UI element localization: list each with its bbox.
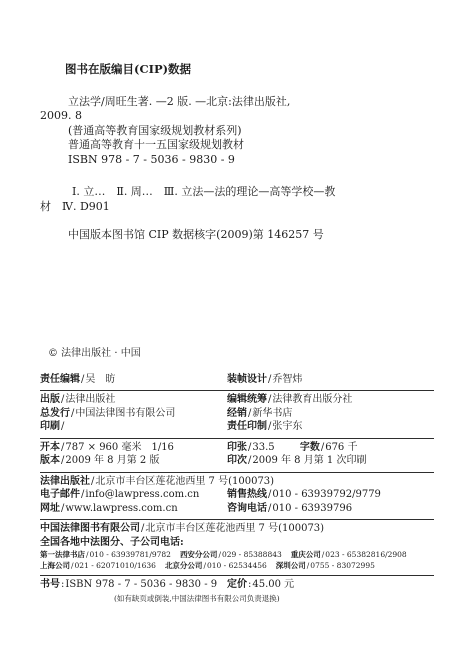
field-label: 上海公司 xyxy=(40,561,70,570)
field-value: 吴 昉 xyxy=(85,374,115,385)
email-row: 电子邮件/info@lawpress.com.cn 销售热线/010 - 639… xyxy=(40,489,434,502)
colophon-block: © 法律出版社 · 中国 责任编辑/吴 昉 装帧设计/乔智炜 出版/法律出版社 … xyxy=(40,348,434,605)
cip-classification-line1: Ⅰ. 立… Ⅱ. 周… Ⅲ. 立法—法的理论—高等学校—教 xyxy=(72,185,434,200)
company-address-row: 中国法律图书有限公司/北京市丰台区莲花池西里 7 号(100073) xyxy=(40,523,434,536)
field-label: 西安分公司 xyxy=(180,550,218,559)
field-value: 010 - 62534456 xyxy=(207,561,267,570)
field-value: 021 - 62071010/1636 xyxy=(75,561,156,570)
cip-record-number: 中国版本图书馆 CIP 数据核字(2009)第 146257 号 xyxy=(68,228,434,243)
field-label: 印刷 xyxy=(40,421,60,432)
editing-coordinator-field: 编辑统筹/法律教育出版分社 xyxy=(227,394,434,407)
field-value: 2009 年 8 月第 1 次印刷 xyxy=(252,455,366,466)
cip-series-note: (普通高等教育国家级规划教材系列) xyxy=(68,124,434,139)
field-value: 010 - 63939792/9779 xyxy=(272,489,381,500)
edition-field: 版本/2009 年 8 月第 2 版 xyxy=(40,455,227,468)
field-label: 开本 xyxy=(40,442,60,453)
inquiry-phone-field: 咨询电话/010 - 63939796 xyxy=(227,503,434,516)
field-value: 北京市丰台区莲花池西里 7 号(100073) xyxy=(95,476,274,487)
field-value: 029 - 85388843 xyxy=(222,550,282,559)
website-row: 网址/www.lawpress.com.cn 咨询电话/010 - 639397… xyxy=(40,503,434,516)
responsible-editor: 责任编辑/吴 昉 xyxy=(40,374,227,387)
press-address-field: 法律出版社/北京市丰台区莲花池西里 7 号(100073) xyxy=(40,476,274,489)
field-value: 新华书店 xyxy=(252,408,292,419)
field-value: 023 - 65382816/2908 xyxy=(325,550,406,559)
field-value: 0755 - 83072995 xyxy=(310,561,375,570)
cip-block: 图书在版编目(CIP)数据 立法学/周旺生著. —2 版. —北京:法律出版社,… xyxy=(40,62,434,243)
field-label: 编辑统筹 xyxy=(227,394,267,405)
seller-field: 经销/新华书店 xyxy=(227,408,434,421)
cip-entry-line2: 2009. 8 xyxy=(40,109,434,124)
xian-branch-field: 西安分公司/029 - 85388843 xyxy=(180,549,282,560)
field-label: 深圳公司 xyxy=(276,561,306,570)
field-label: 网址 xyxy=(40,503,60,514)
field-label: 咨询电话 xyxy=(227,503,267,514)
spacer xyxy=(40,214,434,228)
cover-designer: 装帧设计/乔智炜 xyxy=(227,374,434,387)
divider xyxy=(40,519,434,520)
divider xyxy=(40,390,434,391)
shanghai-company-field: 上海公司/021 - 62071010/1636 xyxy=(40,560,156,571)
branch-phone-row: 第一法律书店/010 - 63939781/9782 西安分公司/029 - 8… xyxy=(40,549,434,560)
field-value: 787 × 960 毫米 1/16 xyxy=(65,442,174,453)
print-supervisor-field: 责任印制/张宇东 xyxy=(227,421,434,434)
divider xyxy=(40,438,434,439)
field-value: 010 - 63939781/9782 xyxy=(90,550,171,559)
field-value: 45.00 元 xyxy=(252,579,294,590)
cip-series-line: 普通高等教育十一五国家级规划教材 xyxy=(68,138,434,153)
word-count-field: 字数/676 千 xyxy=(300,442,358,453)
copyright-line: © 法律出版社 · 中国 xyxy=(48,348,434,361)
divider xyxy=(40,472,434,473)
editor-row: 责任编辑/吴 昉 装帧设计/乔智炜 xyxy=(40,374,434,387)
cip-entry-line1: 立法学/周旺生著. —2 版. —北京:法律出版社, xyxy=(68,95,434,110)
printer-row: 印刷/ 责任印制/张宇东 xyxy=(40,421,434,434)
field-label: 法律出版社 xyxy=(40,476,90,487)
field-value: 法律出版社 xyxy=(65,394,115,405)
publisher-row: 出版/法律出版社 编辑统筹/法律教育出版分社 xyxy=(40,394,434,407)
trim-size-field: 开本/787 × 960 毫米 1/16 xyxy=(40,442,227,455)
field-label: 版本 xyxy=(40,455,60,466)
printed-sheets-field: 印张/33.5 xyxy=(227,442,275,453)
branch-phone-row: 上海公司/021 - 62071010/1636 北京分公司/010 - 625… xyxy=(40,560,434,571)
field-value: ISBN 978 - 7 - 5036 - 9830 - 9 xyxy=(65,579,217,590)
field-label: 出版 xyxy=(40,394,60,405)
shenzhen-company-field: 深圳公司/0755 - 83072995 xyxy=(276,560,375,571)
field-label: 北京分公司 xyxy=(165,561,203,570)
spacer xyxy=(40,167,434,185)
branch-phones-header: 全国各地中法图分、子公司电话: xyxy=(40,537,434,550)
field-label: 重庆公司 xyxy=(291,550,321,559)
field-value: info@lawpress.com.cn xyxy=(85,489,199,500)
field-value: 张宇东 xyxy=(272,421,302,432)
field-label: 责任印制 xyxy=(227,421,267,432)
cip-isbn: ISBN 978 - 7 - 5036 - 9830 - 9 xyxy=(68,153,434,168)
price-field: 定价:45.00 元 xyxy=(227,579,434,592)
field-value: 010 - 63939796 xyxy=(272,503,352,514)
email-field: 电子邮件/info@lawpress.com.cn xyxy=(40,489,227,502)
field-value: 北京市丰台区莲花池西里 7 号(100073) xyxy=(145,523,324,534)
field-label: 电子邮件 xyxy=(40,489,80,500)
book-copyright-page: 图书在版编目(CIP)数据 立法学/周旺生著. —2 版. —北京:法律出版社,… xyxy=(0,0,468,648)
cip-header: 图书在版编目(CIP)数据 xyxy=(65,62,434,77)
field-value: 2009 年 8 月第 2 版 xyxy=(65,455,159,466)
chongqing-company-field: 重庆公司/023 - 65382816/2908 xyxy=(291,549,407,560)
book-number-field: 书号:ISBN 978 - 7 - 5036 - 9830 - 9 xyxy=(40,579,227,592)
printer-field: 印刷/ xyxy=(40,421,227,434)
format-row: 开本/787 × 960 毫米 1/16 印张/33.5 字数/676 千 xyxy=(40,442,434,455)
company-address-field: 中国法律图书有限公司/北京市丰台区莲花池西里 7 号(100073) xyxy=(40,523,324,536)
beijing-branch-field: 北京分公司/010 - 62534456 xyxy=(165,560,267,571)
field-label: 书号 xyxy=(40,579,60,590)
field-label: 责任编辑 xyxy=(40,374,80,385)
book-number-price-row: 书号:ISBN 978 - 7 - 5036 - 9830 - 9 定价:45.… xyxy=(40,579,434,592)
edition-row: 版本/2009 年 8 月第 2 版 印次/2009 年 8 月第 1 次印刷 xyxy=(40,455,434,468)
sheets-wordcount-fields: 印张/33.5 字数/676 千 xyxy=(227,442,434,455)
field-label: 第一法律书店 xyxy=(40,550,85,559)
field-label: 总发行 xyxy=(40,408,70,419)
field-label: 销售热线 xyxy=(227,489,267,500)
press-address-row: 法律出版社/北京市丰台区莲花池西里 7 号(100073) xyxy=(40,476,434,489)
publisher-field: 出版/法律出版社 xyxy=(40,394,227,407)
cip-classification-line2: 材 Ⅳ. D901 xyxy=(40,200,434,215)
field-label: 装帧设计 xyxy=(227,374,267,385)
field-label: 字数 xyxy=(300,442,320,453)
field-value: 676 千 xyxy=(325,442,357,453)
field-value: www.lawpress.com.cn xyxy=(65,503,177,514)
replacement-note: (如有缺页或倒装,中国法律图书有限公司负责退换) xyxy=(114,593,434,606)
field-value: 法律教育出版分社 xyxy=(272,394,352,405)
field-value: 33.5 xyxy=(252,442,274,453)
field-value: 乔智炜 xyxy=(272,374,302,385)
field-label: 经销 xyxy=(227,408,247,419)
field-label: 印张 xyxy=(227,442,247,453)
divider xyxy=(40,575,434,576)
website-field: 网址/www.lawpress.com.cn xyxy=(40,503,227,516)
field-label: 印次 xyxy=(227,455,247,466)
first-law-bookstore-field: 第一法律书店/010 - 63939781/9782 xyxy=(40,549,171,560)
sales-hotline-field: 销售热线/010 - 63939792/9779 xyxy=(227,489,434,502)
general-distributor-field: 总发行/中国法律图书有限公司 xyxy=(40,408,227,421)
printing-run-field: 印次/2009 年 8 月第 1 次印刷 xyxy=(227,455,434,468)
field-label: 中国法律图书有限公司 xyxy=(40,523,140,534)
field-label: 定价 xyxy=(227,579,247,590)
distributor-row: 总发行/中国法律图书有限公司 经销/新华书店 xyxy=(40,408,434,421)
field-value: 中国法律图书有限公司 xyxy=(75,408,175,419)
separator: / xyxy=(60,421,65,432)
